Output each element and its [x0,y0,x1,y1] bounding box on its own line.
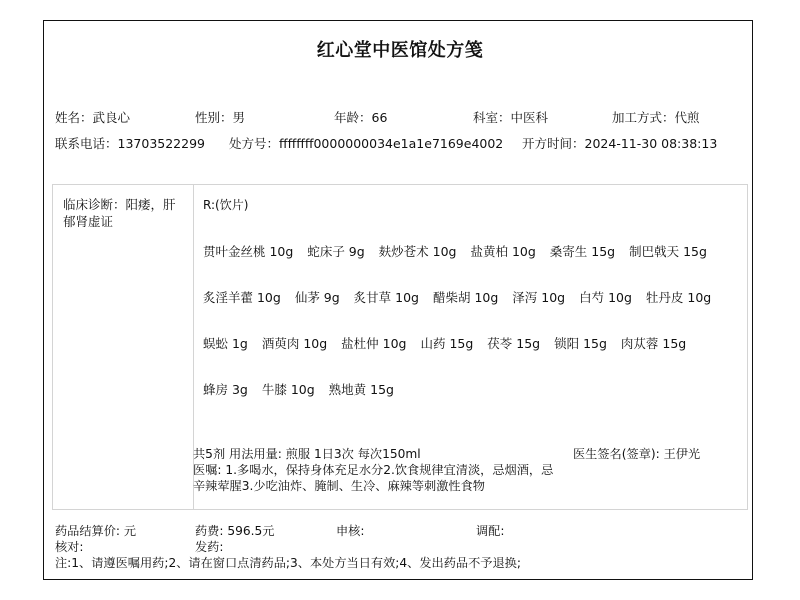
process-label: 加工方式： [612,110,675,125]
drug-fee: 药费: 596.5元 [195,522,274,539]
herb-item: 麸炒苍术 10g [379,244,457,259]
herb-item: 蛇床子 9g [307,244,364,259]
herb-item: 酒萸肉 10g [262,336,327,351]
herb-item: 盐杜仲 10g [341,336,406,351]
signature-label: 医生签名(签章): [573,447,664,461]
herb-line-3: 蜈蚣 1g 酒萸肉 10g 盐杜仲 10g 山药 15g 茯苓 15g 锁阳 1… [203,334,696,352]
age-value: 66 [372,110,388,125]
herb-item: 蜂房 3g [203,382,248,397]
medical-advice: 医嘱: 1.多喝水，保持身体充足水分2.饮食规律宜清淡，忌烟酒，忌辛辣荤腥3.少… [193,462,563,494]
herb-line-2: 炙淫羊藿 10g 仙茅 9g 炙甘草 10g 醋柴胡 10g 泽泻 10g 白芍… [203,288,721,306]
prescription-time: 开方时间：2024-11-30 08:38:13 [522,134,717,152]
phone-label: 联系电话： [55,136,118,151]
herb-item: 山药 15g [420,336,473,351]
patient-name: 姓名：武良心 [55,108,130,126]
usage-instructions: 共5剂 用法用量: 煎服 1日3次 每次150ml 医嘱: 1.多喝水，保持身体… [193,446,563,494]
rx-no-label: 处方号： [229,136,279,151]
herb-item: 制巴戟天 15g [629,244,707,259]
herb-item: 炙淫羊藿 10g [203,290,281,305]
herb-line-4: 蜂房 3g 牛膝 10g 熟地黄 15g [203,380,404,398]
herb-item: 泽泻 10g [512,290,565,305]
herb-item: 盐黄柏 10g [470,244,535,259]
herb-item: 醋柴胡 10g [433,290,498,305]
dosage-text: 共5剂 用法用量: 煎服 1日3次 每次150ml [193,446,563,462]
patient-age: 年龄：66 [334,108,387,126]
settlement-price: 药品结算价: 元 [55,522,136,539]
rx-time-value: 2024-11-30 08:38:13 [585,136,718,151]
processing-method: 加工方式：代煎 [612,108,700,126]
dept-label: 科室： [473,110,511,125]
herb-item: 蜈蚣 1g [203,336,248,351]
herb-item: 白芍 10g [579,290,632,305]
review-field: 申核: [336,522,364,539]
gender-value: 男 [233,110,246,125]
herb-item: 肉苁蓉 15g [621,336,686,351]
issue-field: 发药: [195,538,223,555]
dispense-prep-field: 调配: [476,522,504,539]
herb-line-1: 贯叶金丝桃 10g 蛇床子 9g 麸炒苍术 10g 盐黄柏 10g 桑寄生 15… [203,242,717,260]
herb-item: 牛膝 10g [262,382,315,397]
prescription-number: 处方号：ffffffff0000000034e1a1e7169e4002 [229,134,503,152]
herb-item: 炙甘草 10g [354,290,419,305]
department: 科室：中医科 [473,108,548,126]
name-label: 姓名： [55,110,93,125]
rx-header: R:(饮片) [203,196,248,213]
rx-time-label: 开方时间： [522,136,585,151]
diagnosis-label: 临床诊断： [63,197,126,212]
dept-value: 中医科 [511,110,549,125]
age-label: 年龄： [334,110,372,125]
rx-no-value: ffffffff0000000034e1a1e7169e4002 [279,136,503,151]
herb-item: 锁阳 15g [554,336,607,351]
name-value: 武良心 [93,110,131,125]
check-field: 核对: [55,538,83,555]
herb-item: 熟地黄 15g [329,382,394,397]
prescription-body: 临床诊断：阳痿，肝郁肾虚证 R:(饮片) 贯叶金丝桃 10g 蛇床子 9g 麸炒… [52,184,748,510]
herb-item: 茯苓 15g [487,336,540,351]
clinical-diagnosis: 临床诊断：阳痿，肝郁肾虚证 [63,196,188,230]
doctor-signature: 医生签名(签章): 王伊光 [573,446,703,462]
clinic-title: 红心堂中医馆处方笺 [0,36,800,62]
patient-gender: 性别：男 [195,108,245,126]
herb-item: 贯叶金丝桃 10g [203,244,293,259]
herb-item: 仙茅 9g [295,290,340,305]
process-value: 代煎 [675,110,700,125]
herb-item: 牡丹皮 10g [646,290,711,305]
doctor-name: 王伊光 [664,447,701,461]
herb-item: 桑寄生 15g [550,244,615,259]
phone-value: 13703522299 [118,136,205,151]
footer-note: 注:1、请遵医嘱用药;2、请在窗口点清药品;3、本处方当日有效;4、发出药品不予… [55,554,521,571]
gender-label: 性别： [195,110,233,125]
phone: 联系电话：13703522299 [55,134,205,152]
